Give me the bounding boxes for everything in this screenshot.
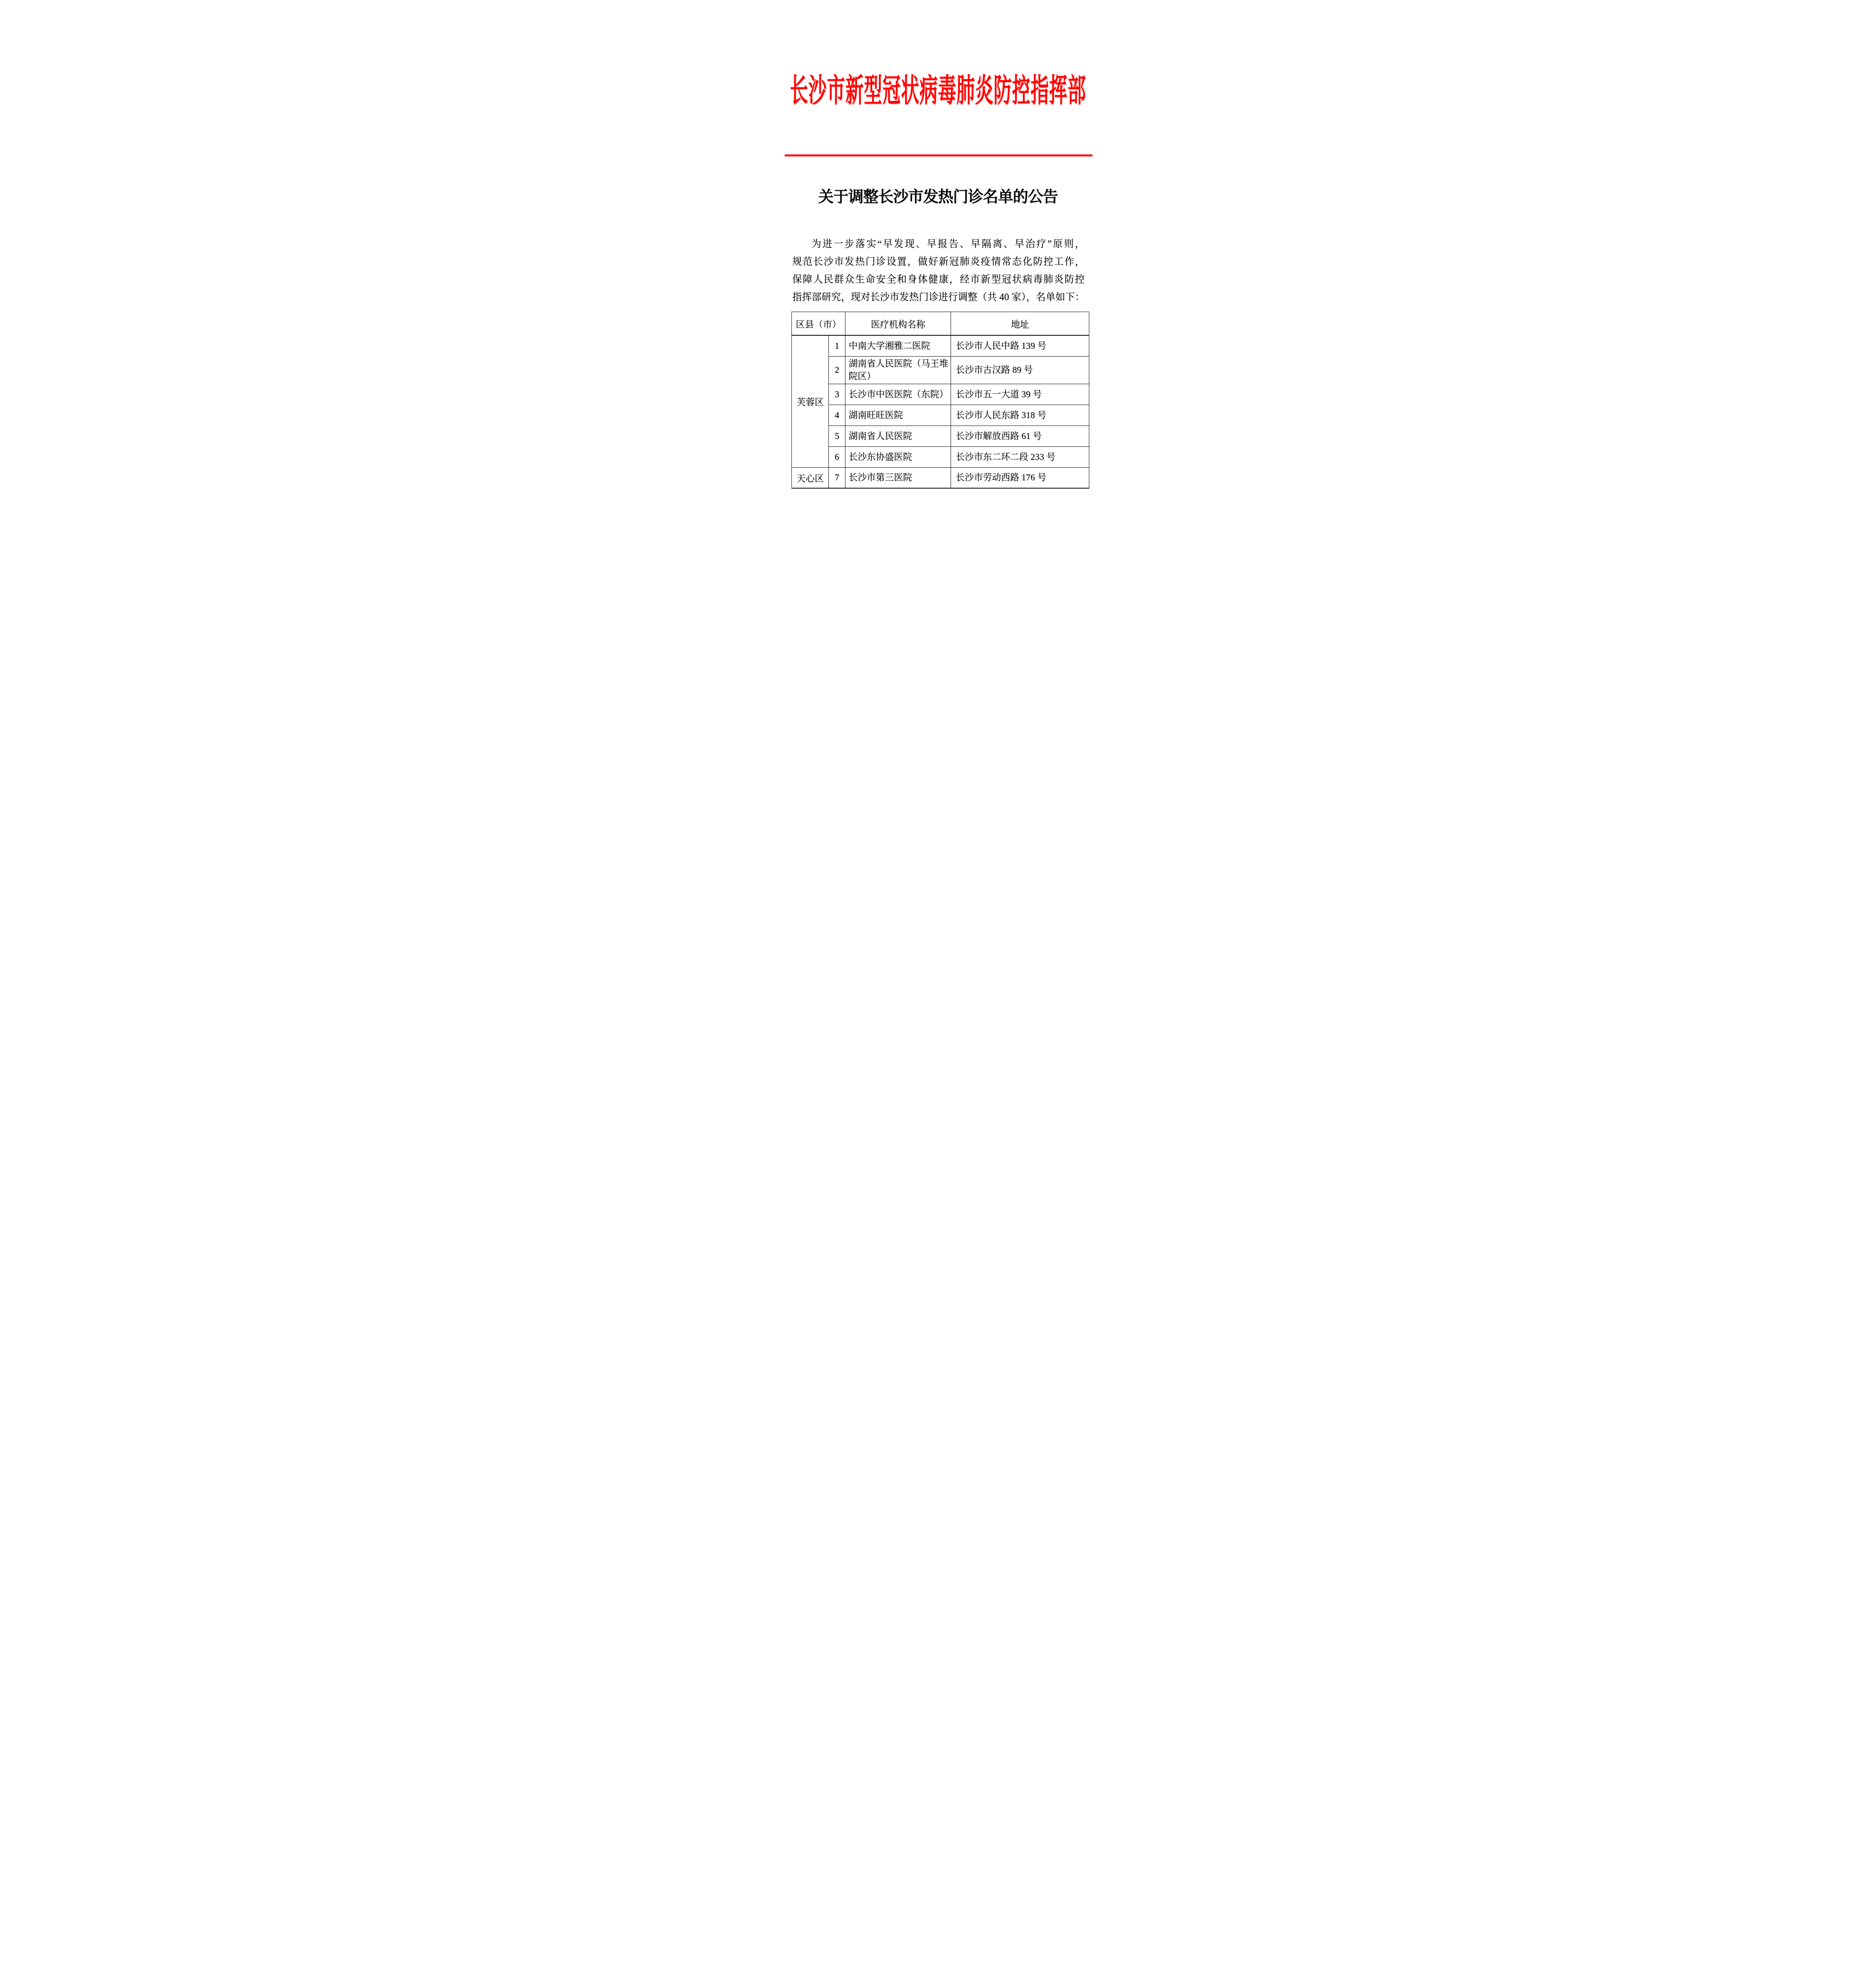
paragraph-line-1: 为进一步落实“早发现、早报告、早隔离、早治疗”原则， xyxy=(792,235,1085,253)
document-page: 长沙市新型冠状病毒肺炎防控指挥部 关于调整长沙市发热门诊名单的公告 为进一步落实… xyxy=(741,0,1135,557)
institution-address: 长沙市解放西路 61 号 xyxy=(951,426,1089,446)
row-number: 5 xyxy=(829,426,845,446)
table-header-row: 区县（市） 医疗机构名称 地址 xyxy=(792,312,1089,336)
row-number: 3 xyxy=(829,384,845,405)
institution-address: 长沙市劳动西路 176 号 xyxy=(951,467,1089,488)
table-row: 芙蓉区 1 中南大学湘雅二医院 长沙市人民中路 139 号 xyxy=(792,335,1089,356)
row-number: 2 xyxy=(829,356,845,384)
institution-name: 中南大学湘雅二医院 xyxy=(845,335,951,356)
header-region: 区县（市） xyxy=(792,312,845,336)
table-row: 2 湖南省人民医院（马王堆院区） 长沙市古汉路 89 号 xyxy=(792,356,1089,384)
fever-clinics-table: 区县（市） 医疗机构名称 地址 芙蓉区 1 中南大学湘雅二医院 长沙市人民中路 … xyxy=(791,312,1089,489)
document-title: 关于调整长沙市发热门诊名单的公告 xyxy=(741,186,1135,208)
institution-name: 长沙市第三医院 xyxy=(845,467,951,488)
institution-name: 湖南旺旺医院 xyxy=(845,405,951,426)
institution-address: 长沙市古汉路 89 号 xyxy=(951,356,1089,384)
table-row: 4 湖南旺旺医院 长沙市人民东路 318 号 xyxy=(792,405,1089,426)
region-cell-furong: 芙蓉区 xyxy=(792,335,829,467)
institution-name: 湖南省人民医院 xyxy=(845,426,951,446)
row-number: 4 xyxy=(829,405,845,426)
region-cell-tianxin: 天心区 xyxy=(792,467,829,488)
letterhead: 长沙市新型冠状病毒肺炎防控指挥部 xyxy=(741,68,1135,109)
paragraph-line-4: 指挥部研究，现对长沙市发热门诊进行调整（共 40 家），名单如下： xyxy=(792,288,1085,306)
institution-address: 长沙市五一大道 39 号 xyxy=(951,384,1089,405)
table-row: 3 长沙市中医医院（东院） 长沙市五一大道 39 号 xyxy=(792,384,1089,405)
header-institution: 医疗机构名称 xyxy=(845,312,951,336)
institution-name: 长沙市中医医院（东院） xyxy=(845,384,951,405)
row-number: 7 xyxy=(829,467,845,488)
red-divider-rule xyxy=(785,154,1092,156)
table-row: 天心区 7 长沙市第三医院 长沙市劳动西路 176 号 xyxy=(792,467,1089,488)
institution-name: 湖南省人民医院（马王堆院区） xyxy=(845,356,951,384)
header-address: 地址 xyxy=(951,312,1089,336)
table-row: 6 长沙东协盛医院 长沙市东二环二段 233 号 xyxy=(792,446,1089,467)
paragraph-line-2: 规范长沙市发热门诊设置，做好新冠肺炎疫情常态化防控工作， xyxy=(792,253,1085,271)
row-number: 1 xyxy=(829,335,845,356)
institution-address: 长沙市人民中路 139 号 xyxy=(951,335,1089,356)
institution-address: 长沙市人民东路 318 号 xyxy=(951,405,1089,426)
table-row: 5 湖南省人民医院 长沙市解放西路 61 号 xyxy=(792,426,1089,446)
institution-name: 长沙东协盛医院 xyxy=(845,446,951,467)
institution-address: 长沙市东二环二段 233 号 xyxy=(951,446,1089,467)
letterhead-title: 长沙市新型冠状病毒肺炎防控指挥部 xyxy=(790,65,1086,111)
row-number: 6 xyxy=(829,446,845,467)
paragraph-line-3: 保障人民群众生命安全和身体健康，经市新型冠状病毒肺炎防控 xyxy=(792,271,1085,288)
body-paragraph: 为进一步落实“早发现、早报告、早隔离、早治疗”原则， 规范长沙市发热门诊设置，做… xyxy=(792,235,1085,306)
